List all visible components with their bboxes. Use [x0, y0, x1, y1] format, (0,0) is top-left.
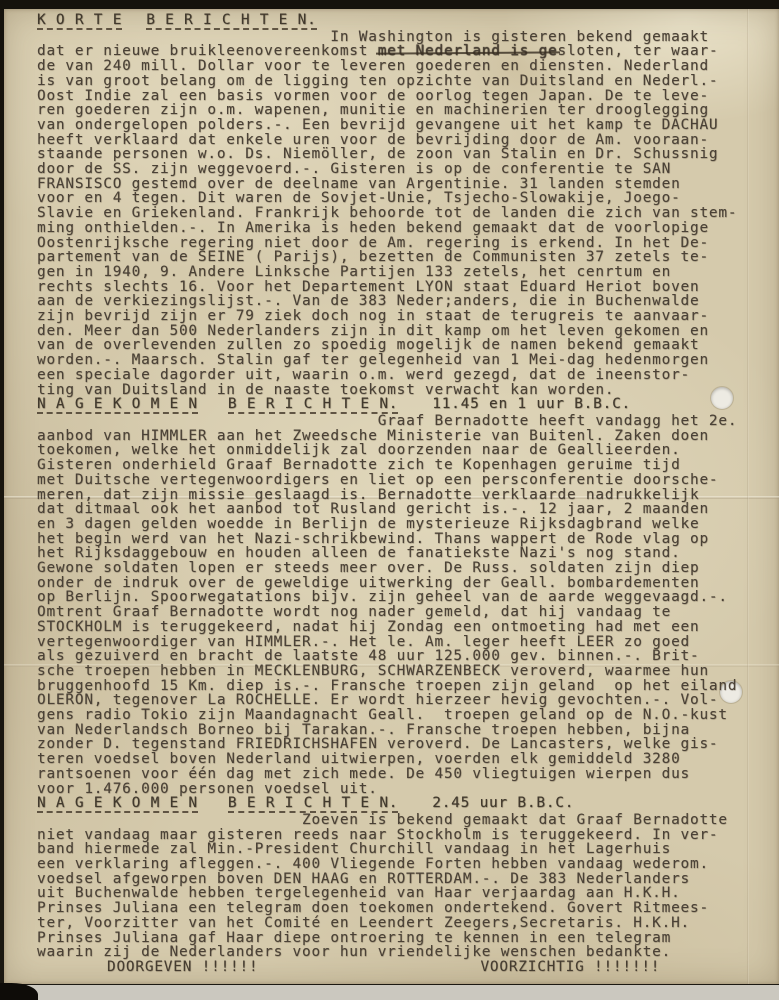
- main-news-paragraph: de van 240 mill. Dollar voor te leveren …: [37, 59, 771, 397]
- overstrike-line: dat er nieuwe bruikleenovereenkomst met …: [37, 44, 771, 59]
- scan-bottom-edge: [14, 985, 779, 1000]
- header2-broadcast-time: 2.45 uur B.B.C.: [432, 795, 574, 811]
- be-careful-label: VOORZICHTIG !!!!!!!: [480, 959, 660, 975]
- late-news-header-2: N A G E K O M E NB E R I C H T E N.2.45 …: [37, 796, 771, 813]
- pass-on-label: DOORGEVEN !!!!!!: [107, 959, 258, 975]
- typewritten-text: K O R T EB E R I C H T E N. In Washingto…: [37, 13, 771, 975]
- late-news-paragraph-2: Zoeven is bekend gemaakt dat Graaf Berna…: [37, 813, 771, 960]
- document-title: K O R T EB E R I C H T E N.: [37, 13, 771, 30]
- header1-word-nagekomen: N A G E K O M E N: [37, 397, 198, 414]
- overstrike-line-post: sloten, ter waar-: [558, 43, 719, 59]
- header1-broadcast-time: 11.45 en 1 uur B.B.C.: [432, 396, 631, 412]
- overstrike-line-pre: dat er nieuwe bruikleenovereenkomst: [37, 43, 378, 59]
- document-page: K O R T EB E R I C H T E N. In Washingto…: [4, 9, 779, 984]
- late-news-paragraph-1: Graaf Bernadotte heeft vandagg het 2e. a…: [37, 414, 771, 796]
- struck-text: met Nederland is ge: [378, 43, 558, 59]
- header2-word-nagekomen: N A G E K O M E N: [37, 796, 198, 813]
- footer-instructions: DOORGEVEN !!!!!!VOORZICHTIG !!!!!!!: [37, 960, 771, 975]
- header1-word-berichten: B E R I C H T E N.: [228, 397, 398, 414]
- photo-background: K O R T EB E R I C H T E N. In Washingto…: [0, 0, 779, 1000]
- title-word-korte: K O R T E: [37, 13, 122, 30]
- late-news-header-1: N A G E K O M E NB E R I C H T E N.11.45…: [37, 397, 771, 414]
- title-word-berichten: B E R I C H T E N.: [146, 13, 316, 30]
- header2-word-berichten: B E R I C H T E N.: [228, 796, 398, 813]
